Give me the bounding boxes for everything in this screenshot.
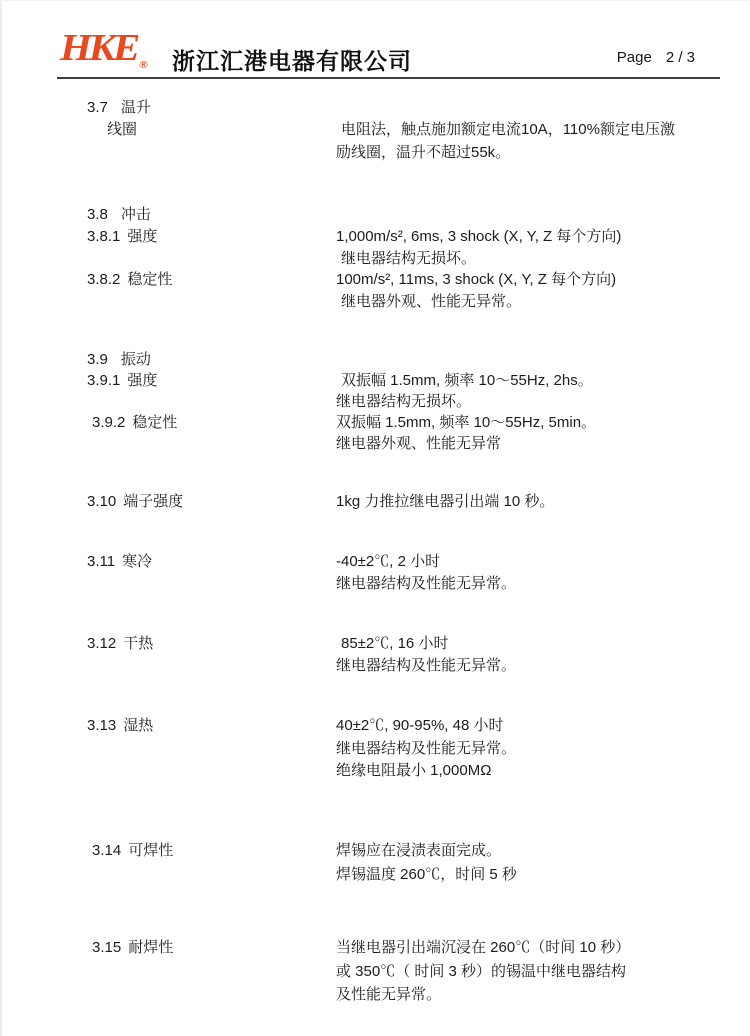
section-3-10-row: 3.10端子强度 1kg 力推拉继电器引出端 10 秒。 xyxy=(2,492,750,514)
section-3-9-2-row: 3.9.2稳定性 双振幅 1.5mm, 频率 10～55Hz, 5min。 xyxy=(2,413,750,435)
section-number: 3.9.1 xyxy=(87,372,120,389)
solderability-temp: 焊锡温度 260℃，时间 5 秒 xyxy=(336,865,517,885)
terminal-strength-spec: 1kg 力推拉继电器引出端 10 秒。 xyxy=(336,492,554,512)
section-number: 3.9.2 xyxy=(92,414,125,431)
header-divider xyxy=(57,77,720,79)
section-title: 端子强度 xyxy=(123,493,183,510)
logo-text: HKE xyxy=(60,27,137,69)
section-3-8-label: 3.8冲击 xyxy=(87,205,151,225)
vibration-stability-result: 继电器外观、性能无异常 xyxy=(336,434,501,454)
section-title: 冲击 xyxy=(121,206,151,223)
vibration-stability-result-row: 继电器外观、性能无异常 xyxy=(2,434,750,456)
section-3-14-label: 3.14可焊性 xyxy=(92,841,173,861)
vibration-stability-spec: 双振幅 1.5mm, 频率 10～55Hz, 5min。 xyxy=(336,413,596,433)
section-3-15-label: 3.15耐焊性 xyxy=(92,938,173,958)
section-3-9-row: 3.9振动 xyxy=(2,350,750,372)
solder-heat-spec-line-3: 及性能无异常。 xyxy=(336,985,441,1005)
section-3-14-row: 3.14可焊性 焊锡应在浸渍表面完成。 xyxy=(2,841,750,863)
company-name: 浙江汇港电器有限公司 xyxy=(172,43,412,76)
section-number: 3.8 xyxy=(87,206,108,223)
section-3-12-label: 3.12干热 xyxy=(87,634,153,654)
page-number: Page2 / 3 xyxy=(617,49,695,66)
section-3-13-row: 3.13湿热 40±2℃, 90-95%, 48 小时 xyxy=(2,716,750,738)
solder-heat-spec-row-3: 及性能无异常。 xyxy=(2,985,750,1007)
section-title: 可焊性 xyxy=(128,842,173,859)
solder-heat-spec-line-1: 当继电器引出端沉浸在 260℃（时间 10 秒） xyxy=(336,938,630,958)
section-3-7-row: 3.7温升 xyxy=(2,98,750,120)
section-title: 寒冷 xyxy=(122,553,152,570)
cold-result: 继电器结构及性能无异常。 xyxy=(336,574,516,594)
vibration-strength-spec: 双振幅 1.5mm, 频率 10～55Hz, 2hs。 xyxy=(341,371,593,391)
section-title: 干热 xyxy=(123,635,153,652)
section-3-8-2-label: 3.8.2稳定性 xyxy=(87,270,172,290)
section-3-9-1-label: 3.9.1强度 xyxy=(87,371,157,391)
section-3-10-label: 3.10端子强度 xyxy=(87,492,183,512)
coil-spec-row-2: 励线圈，温升不超过55k。 xyxy=(2,143,750,165)
section-number: 3.8.2 xyxy=(87,271,120,288)
page-value: 2 / 3 xyxy=(666,49,695,66)
section-number: 3.10 xyxy=(87,493,116,510)
dry-heat-spec: 85±2℃, 16 小时 xyxy=(341,634,448,654)
section-title: 湿热 xyxy=(123,717,153,734)
section-3-9-label: 3.9振动 xyxy=(87,350,151,370)
damp-heat-spec: 40±2℃, 90-95%, 48 小时 xyxy=(336,716,503,736)
section-3-11-label: 3.11寒冷 xyxy=(87,552,152,572)
damp-heat-result-row: 继电器结构及性能无异常。 xyxy=(2,739,750,761)
section-3-9-2-label: 3.9.2稳定性 xyxy=(92,413,177,433)
section-title: 振动 xyxy=(121,351,151,368)
registered-trademark-icon: ® xyxy=(139,59,148,71)
section-title: 稳定性 xyxy=(127,271,172,288)
section-title: 温升 xyxy=(121,99,151,116)
section-3-15-row: 3.15耐焊性 当继电器引出端沉浸在 260℃（时间 10 秒） xyxy=(2,938,750,960)
coil-spec-line-1: 电阻法，触点施加额定电流10A，110%额定电压激 xyxy=(341,120,675,140)
shock-strength-spec: 1,000m/s², 6ms, 3 shock (X, Y, Z 每个方向) xyxy=(336,227,621,247)
section-title: 稳定性 xyxy=(132,414,177,431)
section-number: 3.8.1 xyxy=(87,228,120,245)
document-page: HKE® 浙江汇港电器有限公司 Page2 / 3 3.7温升 线圈 电阻法，触… xyxy=(0,0,750,1036)
section-number: 3.7 xyxy=(87,99,108,116)
shock-stability-spec: 100m/s², 11ms, 3 shock (X, Y, Z 每个方向) xyxy=(336,270,616,290)
solder-heat-spec-line-2: 或 350℃（ 时间 3 秒）的锡温中继电器结构 xyxy=(336,962,626,982)
section-3-7-label: 3.7温升 xyxy=(87,98,151,118)
coil-spec-line-2: 励线圈，温升不超过55k。 xyxy=(336,143,510,163)
damp-heat-insulation-row: 绝缘电阻最小 1,000MΩ xyxy=(2,761,750,783)
shock-strength-result: 继电器结构无损坏。 xyxy=(341,249,476,269)
cold-result-row: 继电器结构及性能无异常。 xyxy=(2,574,750,596)
vibration-strength-result: 继电器结构无损坏。 xyxy=(336,392,471,412)
solderability-temp-row: 焊锡温度 260℃，时间 5 秒 xyxy=(2,865,750,887)
section-number: 3.9 xyxy=(87,351,108,368)
section-number: 3.11 xyxy=(87,553,115,570)
shock-stability-result-row: 继电器外观、性能无异常。 xyxy=(2,292,750,314)
vibration-strength-result-row: 继电器结构无损坏。 xyxy=(2,392,750,414)
section-3-8-1-label: 3.8.1强度 xyxy=(87,227,157,247)
section-title: 强度 xyxy=(127,228,157,245)
dry-heat-result-row: 继电器结构及性能无异常。 xyxy=(2,656,750,678)
section-3-8-row: 3.8冲击 xyxy=(2,205,750,227)
section-title: 耐焊性 xyxy=(128,939,173,956)
section-3-8-1-row: 3.8.1强度 1,000m/s², 6ms, 3 shock (X, Y, Z… xyxy=(2,227,750,249)
solderability-spec: 焊锡应在浸渍表面完成。 xyxy=(336,841,501,861)
section-3-13-label: 3.13湿热 xyxy=(87,716,153,736)
cold-spec: -40±2℃, 2 小时 xyxy=(336,552,440,572)
damp-heat-insulation: 绝缘电阻最小 1,000MΩ xyxy=(336,761,491,781)
shock-stability-result: 继电器外观、性能无异常。 xyxy=(341,292,521,312)
page-label: Page xyxy=(617,49,652,66)
damp-heat-result: 继电器结构及性能无异常。 xyxy=(336,739,516,759)
section-3-8-2-row: 3.8.2稳定性 100m/s², 11ms, 3 shock (X, Y, Z… xyxy=(2,270,750,292)
solder-heat-spec-row-2: 或 350℃（ 时间 3 秒）的锡温中继电器结构 xyxy=(2,962,750,984)
section-title: 强度 xyxy=(127,372,157,389)
section-number: 3.13 xyxy=(87,717,116,734)
company-logo: HKE® xyxy=(60,29,148,84)
section-3-12-row: 3.12干热 85±2℃, 16 小时 xyxy=(2,634,750,656)
coil-label: 线圈 xyxy=(107,120,137,140)
section-number: 3.12 xyxy=(87,635,116,652)
section-3-9-1-row: 3.9.1强度 双振幅 1.5mm, 频率 10～55Hz, 2hs。 xyxy=(2,371,750,393)
coil-row: 线圈 电阻法，触点施加额定电流10A，110%额定电压激 xyxy=(2,120,750,142)
shock-strength-result-row: 继电器结构无损坏。 xyxy=(2,249,750,271)
dry-heat-result: 继电器结构及性能无异常。 xyxy=(336,656,516,676)
section-number: 3.14 xyxy=(92,842,121,859)
section-3-11-row: 3.11寒冷 -40±2℃, 2 小时 xyxy=(2,552,750,574)
section-number: 3.15 xyxy=(92,939,121,956)
